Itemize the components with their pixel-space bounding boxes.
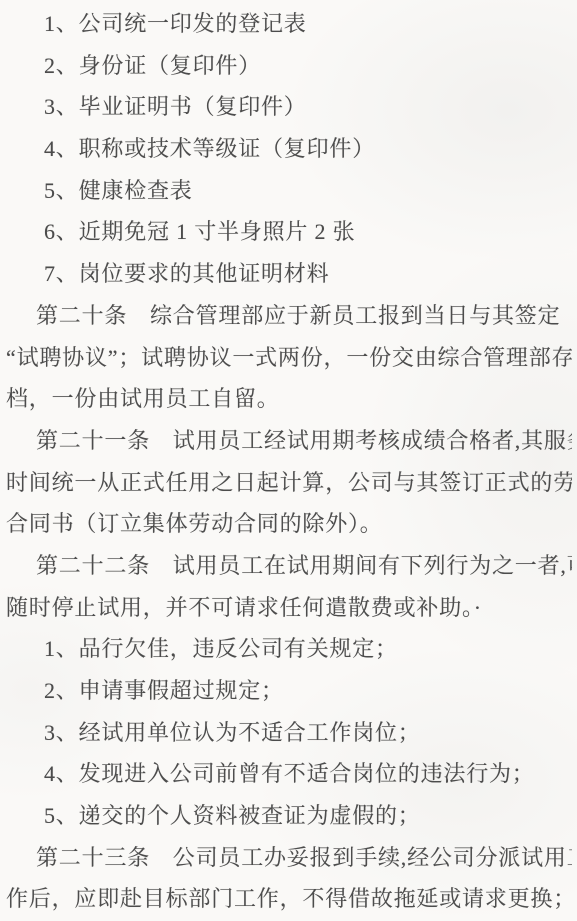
document-line: “试聘协议”；试聘协议一式两份，一份交由综合管理部存 [5,337,572,379]
document-line: 2、申请事假超过规定； [5,670,572,712]
scanned-document-page: 1、公司统一印发的登记表 2、身份证（复印件） 3、毕业证明书（复印件） 4、职… [0,0,577,921]
document-line-article-22: 第二十二条 试用员工在试用期间有下列行为之一者,可 [5,545,572,587]
document-line: 4、职称或技术等级证（复印件） [5,128,572,170]
document-line-article-21: 第二十一条 试用员工经试用期考核成绩合格者,其服务 [5,420,572,462]
document-line: 2、身份证（复印件） [5,45,572,87]
document-line: 7、岗位要求的其他证明材料 [5,253,572,295]
document-line: 作后，应即赴目标部门工作，不得借故拖延或请求更换；并 [5,878,572,920]
document-line: 3、经试用单位认为不适合工作岗位； [5,712,572,754]
document-line: 4、发现进入公司前曾有不适合岗位的违法行为； [5,753,572,795]
document-line: 5、递交的个人资料被查证为虚假的； [5,795,572,837]
document-line: 1、品行欠佳，违反公司有关规定； [5,628,572,670]
document-line-article-23: 第二十三条 公司员工办妥报到手续,经公司分派试用工 [5,837,572,879]
document-line: 6、近期免冠 1 寸半身照片 2 张 [5,211,572,253]
document-line: 时间统一从正式任用之日起计算，公司与其签订正式的劳动 [5,462,572,504]
document-line: 1、公司统一印发的登记表 [5,3,572,45]
document-line: 3、毕业证明书（复印件） [5,86,572,128]
document-line: 档，一份由试用员工自留。 [5,378,572,420]
document-line-article-20: 第二十条 综合管理部应于新员工报到当日与其签定 [5,295,572,337]
document-line: 随时停止试用，并不可请求任何遣散费或补助。· [5,587,572,629]
document-line: 合同书（订立集体劳动合同的除外）。 [5,503,572,545]
document-line: 5、健康检查表 [5,170,572,212]
